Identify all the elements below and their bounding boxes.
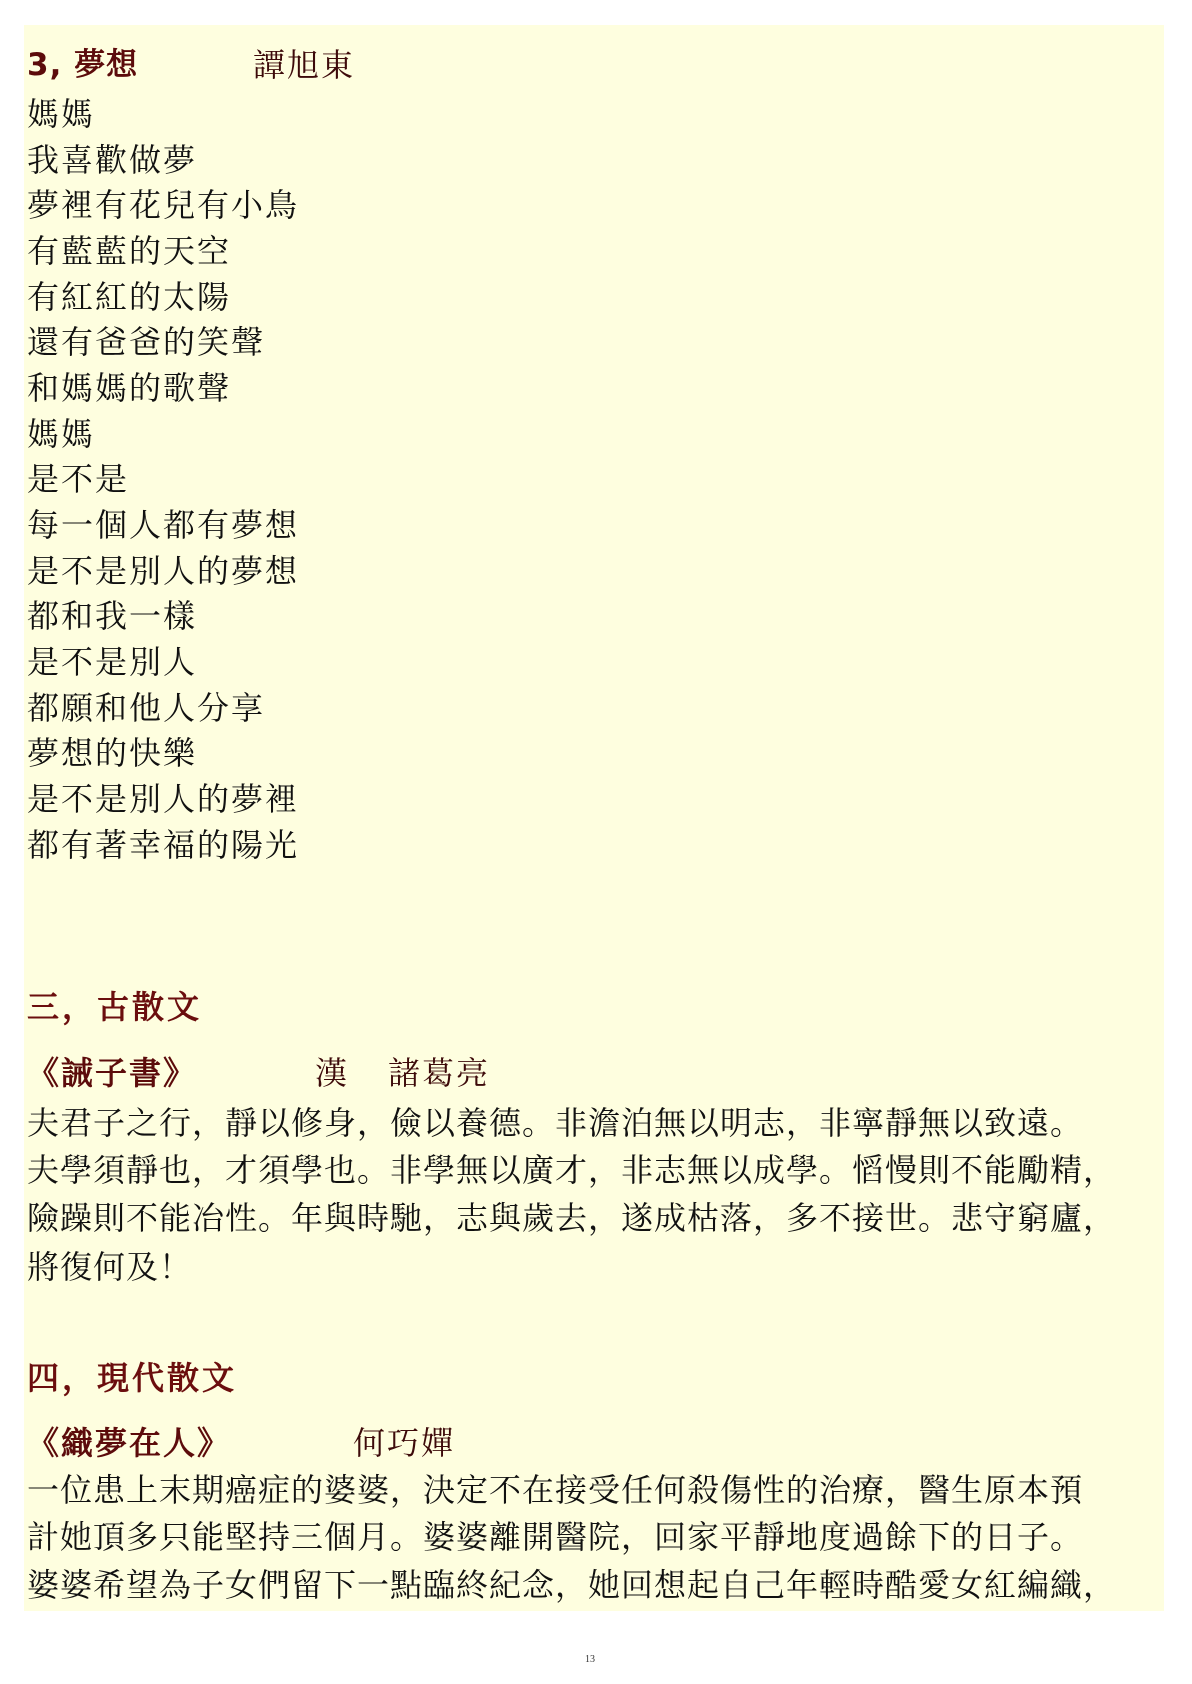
section-heading-modern-prose: 四，現代散文 xyxy=(27,1354,237,1402)
work-title-zhimeng: 《織夢在人》 xyxy=(27,1420,231,1466)
work-author: 何巧嬋 xyxy=(353,1420,455,1466)
poem-line: 夢裡有花兒有小鳥 xyxy=(27,182,299,228)
poem-line: 和媽媽的歌聲 xyxy=(27,365,231,411)
prose-line: 計她頂多只能堅持三個月。婆婆離開醫院，回家平靜地度過餘下的日子。 xyxy=(27,1514,1083,1560)
prose-line: 夫君子之行，靜以修身，儉以養德。非澹泊無以明志，非寧靜無以致遠。 xyxy=(27,1100,1083,1146)
poem-line: 媽媽 xyxy=(27,91,95,137)
prose-line: 將復何及！ xyxy=(27,1244,192,1290)
poem-line: 有藍藍的天空 xyxy=(27,228,231,274)
prose-line: 婆婆希望為子女們留下一點臨終紀念，她回想起自己年輕時酷愛女紅編織， xyxy=(27,1562,1116,1608)
prose-line: 一位患上末期癌症的婆婆，決定不在接受任何殺傷性的治療，醫生原本預 xyxy=(27,1467,1083,1513)
poem-line: 是不是 xyxy=(27,456,129,502)
poem-line: 是不是別人的夢想 xyxy=(27,548,299,594)
poem-line: 都願和他人分享 xyxy=(27,685,265,731)
poem-line: 都有著幸福的陽光 xyxy=(27,822,299,868)
poem-line: 還有爸爸的笑聲 xyxy=(27,319,265,365)
poem-line: 媽媽 xyxy=(27,411,95,457)
poem-line: 我喜歡做夢 xyxy=(27,137,197,183)
section-heading-classical-prose: 三，古散文 xyxy=(27,983,202,1031)
work-dynasty: 漢 xyxy=(315,1050,349,1096)
work-author: 諸葛亮 xyxy=(388,1050,490,1096)
poem-author: 譚旭東 xyxy=(253,42,355,88)
prose-line: 夫學須靜也，才須學也。非學無以廣才，非志無以成學。慆慢則不能勵精， xyxy=(27,1147,1116,1193)
poem-line: 都和我一樣 xyxy=(27,593,197,639)
work-title-jiezishu: 《誡子書》 xyxy=(27,1050,197,1096)
prose-line: 險躁則不能冶性。年與時馳，志與歲去，遂成枯落，多不接世。悲守窮廬， xyxy=(27,1195,1116,1241)
poem-line: 有紅紅的太陽 xyxy=(27,274,231,320)
poem-line: 每一個人都有夢想 xyxy=(27,502,299,548)
poem-line: 是不是別人 xyxy=(27,639,197,685)
poem-line: 夢想的快樂 xyxy=(27,730,197,776)
poem-title: 3, 夢想 xyxy=(27,42,138,88)
poem-line: 是不是別人的夢裡 xyxy=(27,776,299,822)
page-number: 13 xyxy=(585,1654,595,1665)
